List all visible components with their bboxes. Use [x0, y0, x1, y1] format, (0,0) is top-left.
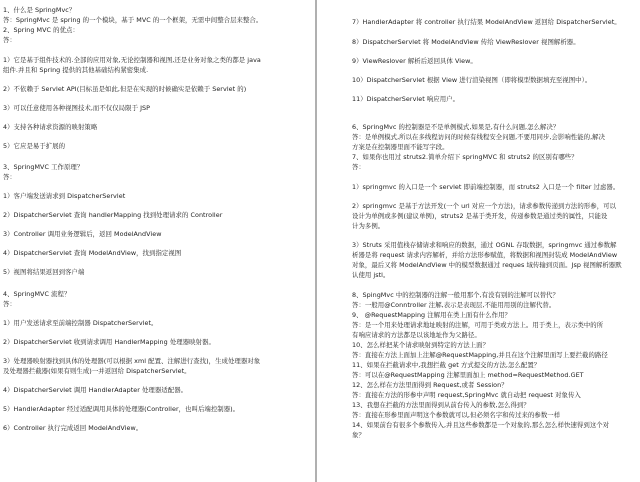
text-line: 4）DispatcherServlet 调用 HandlerAdapter 处理… [3, 386, 187, 394]
text-line: 析器是将 request 请求内容解析，并给方法形参赋值，将数据和视图封装成 M… [352, 251, 617, 259]
text-line: 2）不依赖于 Servlet API(目标虽是如此,但是在实现的时候确实是依赖于… [3, 85, 246, 93]
text-line: 3）Controller 调用业务逻辑后，返回 ModelAndView [3, 230, 162, 238]
text-line: 方案是在控制器里面不能写字段。 [352, 143, 449, 151]
text-line: 组件.并且和 Spring 提供的其他基础结构紧密集成. [3, 66, 148, 74]
text-line: 3）处理器映射器找到具体的处理器(可以根据 xml 配置、注解进行查找)，生成处… [3, 357, 260, 365]
text-line: 7、如果你也用过 struts2.简单介绍下 springMVC 和 strut… [352, 153, 578, 161]
text-line: 答： [352, 163, 365, 171]
text-line: 答： [3, 36, 16, 44]
text-line: 11）DispatcherServlet 响应用户。 [352, 95, 459, 103]
text-line: 及处理器拦截器(如果有则生成)一并返回给 DispatcherServlet。 [3, 367, 191, 375]
text-line: 答： [3, 300, 16, 308]
text-line: 10、怎么样把某个请求映射到特定的方法上面？ [352, 341, 489, 349]
document-page-left: 1、什么是 SpringMvc？答：SpringMvc 是 spring 的一个… [0, 0, 315, 482]
text-line: 2）springmvc 是基于方法开发(一个 url 对应一个方法)，请求参数传… [352, 202, 616, 210]
text-line: 9、 @RequestMapping 注解用在类上面有什么作用？ [352, 311, 511, 319]
text-line: 2）DispatcherServlet 查询 handlerMapping 找到… [3, 211, 222, 219]
text-line: 8）DispatcherServlet 将 ModelAndView 传给 Vi… [352, 38, 580, 46]
text-line: 2、Spring MVC 的优点： [3, 26, 79, 34]
text-line: 3、SpringMVC 工作原理？ [3, 163, 83, 171]
text-line: 设计为单例或多例(建议单例)，struts2 是基于类开发，传递参数是通过类的属… [352, 212, 607, 220]
text-line: 有响应请求的方法都是以该地址作为父路径。 [352, 331, 481, 339]
text-line: 6、SpringMvc 的控制器是不是单例模式,如果是,有什么问题,怎么解决？ [352, 123, 559, 131]
text-line: 对象，最后又将 ModelAndView 中的模型数据通过 reques 域传输… [352, 261, 622, 269]
text-line: 12、怎么样在方法里面得到 Request,或者 Session？ [352, 381, 508, 389]
text-line: 答：是一个用来处理请求地址映射的注解，可用于类或方法上。用于类上，表示类中的所 [352, 321, 603, 329]
text-line: 14、如果前台有很多个参数传入,并且这些参数都是一个对象的,那么怎么样快速得到这… [352, 421, 609, 429]
text-line: 5）它应是易于扩展的 [3, 142, 65, 150]
text-line: 1）springmvc 的入口是一个 servlet 即前端控制器，而 stru… [352, 183, 619, 191]
text-line: 5）HandlerAdapter 经过适配调用具体的处理器(Controller… [3, 405, 239, 413]
document-page-right: 7）HandlerAdapter 将 controller 执行结果 Model… [317, 0, 640, 482]
text-line: 4、SpringMVC 流程？ [3, 290, 70, 298]
text-line: 答：可以在@RequestMapping 注解里面加上 method=Reque… [352, 371, 584, 379]
text-line: 3）可以任意使用各种视图技术,而不仅仅局限于 JSP [3, 104, 150, 112]
text-line: 1）它是基于组件技术的.全部的应用对象,无论控制器和视图,还是业务对象之类的都是… [3, 56, 261, 64]
text-line: 答：直接在形参里面声明这个参数就可以,但必须名字和传过来的参数一样 [352, 411, 560, 419]
text-line: 7）HandlerAdapter 将 controller 执行结果 Model… [352, 18, 621, 26]
text-line: 计为多例。 [352, 222, 384, 230]
text-line: 答： [3, 173, 16, 181]
text-line: 8、SpingMvc 中的控制器的注解一般用那个,有没有别的注解可以替代？ [352, 291, 559, 299]
text-line: 1）用户发送请求至前端控制器 DispatcherServlet。 [3, 319, 157, 327]
text-line: 象？ [352, 431, 365, 439]
text-line: 认使用 jstl。 [352, 271, 389, 279]
text-line: 1）客户端发送请求到 DispatcherServlet [3, 192, 125, 200]
text-line: 6）Controller 执行完成返回 ModelAndView。 [3, 424, 142, 432]
text-line: 答：直接在方法的形参中声明 request,SpringMvc 就自动把 req… [352, 391, 581, 399]
text-line: 1、什么是 SpringMvc？ [3, 6, 75, 14]
text-line: 10）DispatcherServlet 根据 View 进行渲染视图（即将模型… [352, 76, 591, 84]
text-line: 3）Struts 采用值栈存储请求和响应的数据，通过 OGNL 存取数据，spr… [352, 241, 617, 249]
text-line: 2）DispatcherServlet 收到请求调用 HandlerMappin… [3, 338, 215, 346]
text-line: 5）视图将结果返回到客户端 [3, 268, 84, 276]
text-line: 答：直接在方法上面加上注解@RequestMapping,并且在这个注解里面写上… [352, 351, 608, 359]
text-line: 11、如果在拦截请求中,我想拦截 get 方式提交的方法,怎么配置？ [352, 361, 540, 369]
text-line: 13、我想在拦截的方法里面得到从前台传入的参数,怎么得到？ [352, 401, 530, 409]
text-line: 4）支持各种请求资源的映射策略 [3, 123, 97, 131]
text-line: 答：一般用@Conntroller 注解,表示是表现层,不能用用别的注解代替。 [352, 301, 555, 309]
text-line: 答：是单例模式,所以在多线程访问的时候有线程安全问题,不要用同步,会影响性能的,… [352, 133, 605, 141]
text-line: 答：SpringMvc 是 spring 的一个模块，基于 MVC 的一个框架，… [3, 16, 262, 24]
text-line: 9）ViewReslover 解析后返回具体 View。 [352, 57, 477, 65]
text-line: 4）DispatcherServlet 查询 ModelAndView，找到指定… [3, 249, 181, 257]
